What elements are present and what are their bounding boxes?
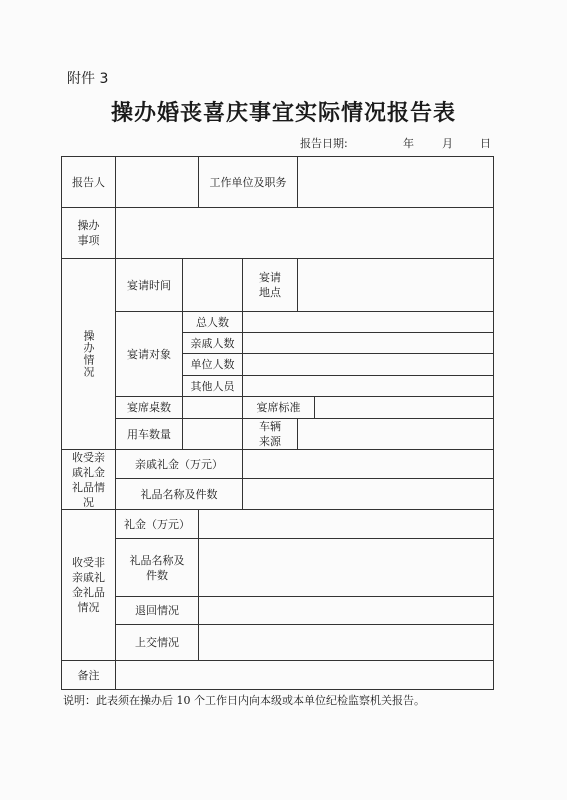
table-standard-field[interactable]	[314, 396, 494, 419]
banquet-time-field[interactable]	[182, 258, 243, 312]
car-count-label: 用车数量	[115, 418, 183, 450]
reporter-field[interactable]	[115, 156, 199, 208]
unit-count-label: 单位人数	[182, 353, 243, 376]
others-label: 其他人员	[182, 375, 243, 397]
banquet-target-label: 宴请对象	[115, 311, 183, 397]
relatives-count-label: 亲戚人数	[182, 332, 243, 354]
handed-in-label: 上交情况	[115, 624, 199, 661]
others-field[interactable]	[242, 375, 494, 397]
car-count-field[interactable]	[182, 418, 243, 450]
operation-text: 操办情况	[81, 330, 96, 378]
footnote: 说明：此表须在操办后 10 个工作日内向本级或本单位纪检监察机关报告。	[63, 692, 425, 708]
relatives-count-field[interactable]	[242, 332, 494, 354]
matter-label: 操办 事项	[61, 207, 116, 259]
remarks-label: 备注	[61, 660, 116, 690]
total-people-label: 总人数	[182, 311, 243, 333]
matter-field[interactable]	[115, 207, 494, 259]
relatives-money-field[interactable]	[242, 449, 494, 479]
work-unit-field[interactable]	[297, 156, 494, 208]
reporter-label: 报告人	[61, 156, 116, 208]
gift-names2-label: 礼品名称及 件数	[115, 538, 199, 597]
gift-names-field[interactable]	[242, 478, 494, 510]
car-source-field[interactable]	[297, 418, 494, 450]
money-field[interactable]	[198, 509, 494, 539]
money-label: 礼金（万元）	[115, 509, 199, 539]
month-label: 月	[442, 135, 453, 151]
table-standard-label: 宴席标准	[242, 396, 315, 419]
returned-label: 退回情况	[115, 596, 199, 625]
banquet-time-label: 宴请时间	[115, 258, 183, 312]
operation-label: 操办情况	[61, 258, 116, 450]
relatives-gift-label: 收受亲 戚礼金 礼品情 况	[61, 449, 116, 510]
banquet-place-field[interactable]	[297, 258, 494, 312]
unit-count-field[interactable]	[242, 353, 494, 376]
banquet-place-label: 宴请 地点	[242, 258, 298, 312]
total-people-field[interactable]	[242, 311, 494, 333]
returned-field[interactable]	[198, 596, 494, 625]
day-label: 日	[480, 135, 491, 151]
date-label: 报告日期:	[300, 135, 348, 151]
gift-names-label: 礼品名称及件数	[115, 478, 243, 510]
year-label: 年	[403, 135, 414, 151]
page-title: 操办婚丧喜庆事宜实际情况报告表	[0, 96, 567, 127]
remarks-field[interactable]	[115, 660, 494, 690]
table-count-label: 宴席桌数	[115, 396, 183, 419]
car-source-label: 车辆 来源	[242, 418, 298, 450]
table-count-field[interactable]	[182, 396, 243, 419]
relatives-money-label: 亲戚礼金（万元）	[115, 449, 243, 479]
attachment-label: 附件 3	[67, 68, 108, 88]
nonrelatives-gift-label: 收受非 亲戚礼 金礼品 情况	[61, 509, 116, 661]
handed-in-field[interactable]	[198, 624, 494, 661]
work-unit-label: 工作单位及职务	[198, 156, 298, 208]
gift-names2-field[interactable]	[198, 538, 494, 597]
